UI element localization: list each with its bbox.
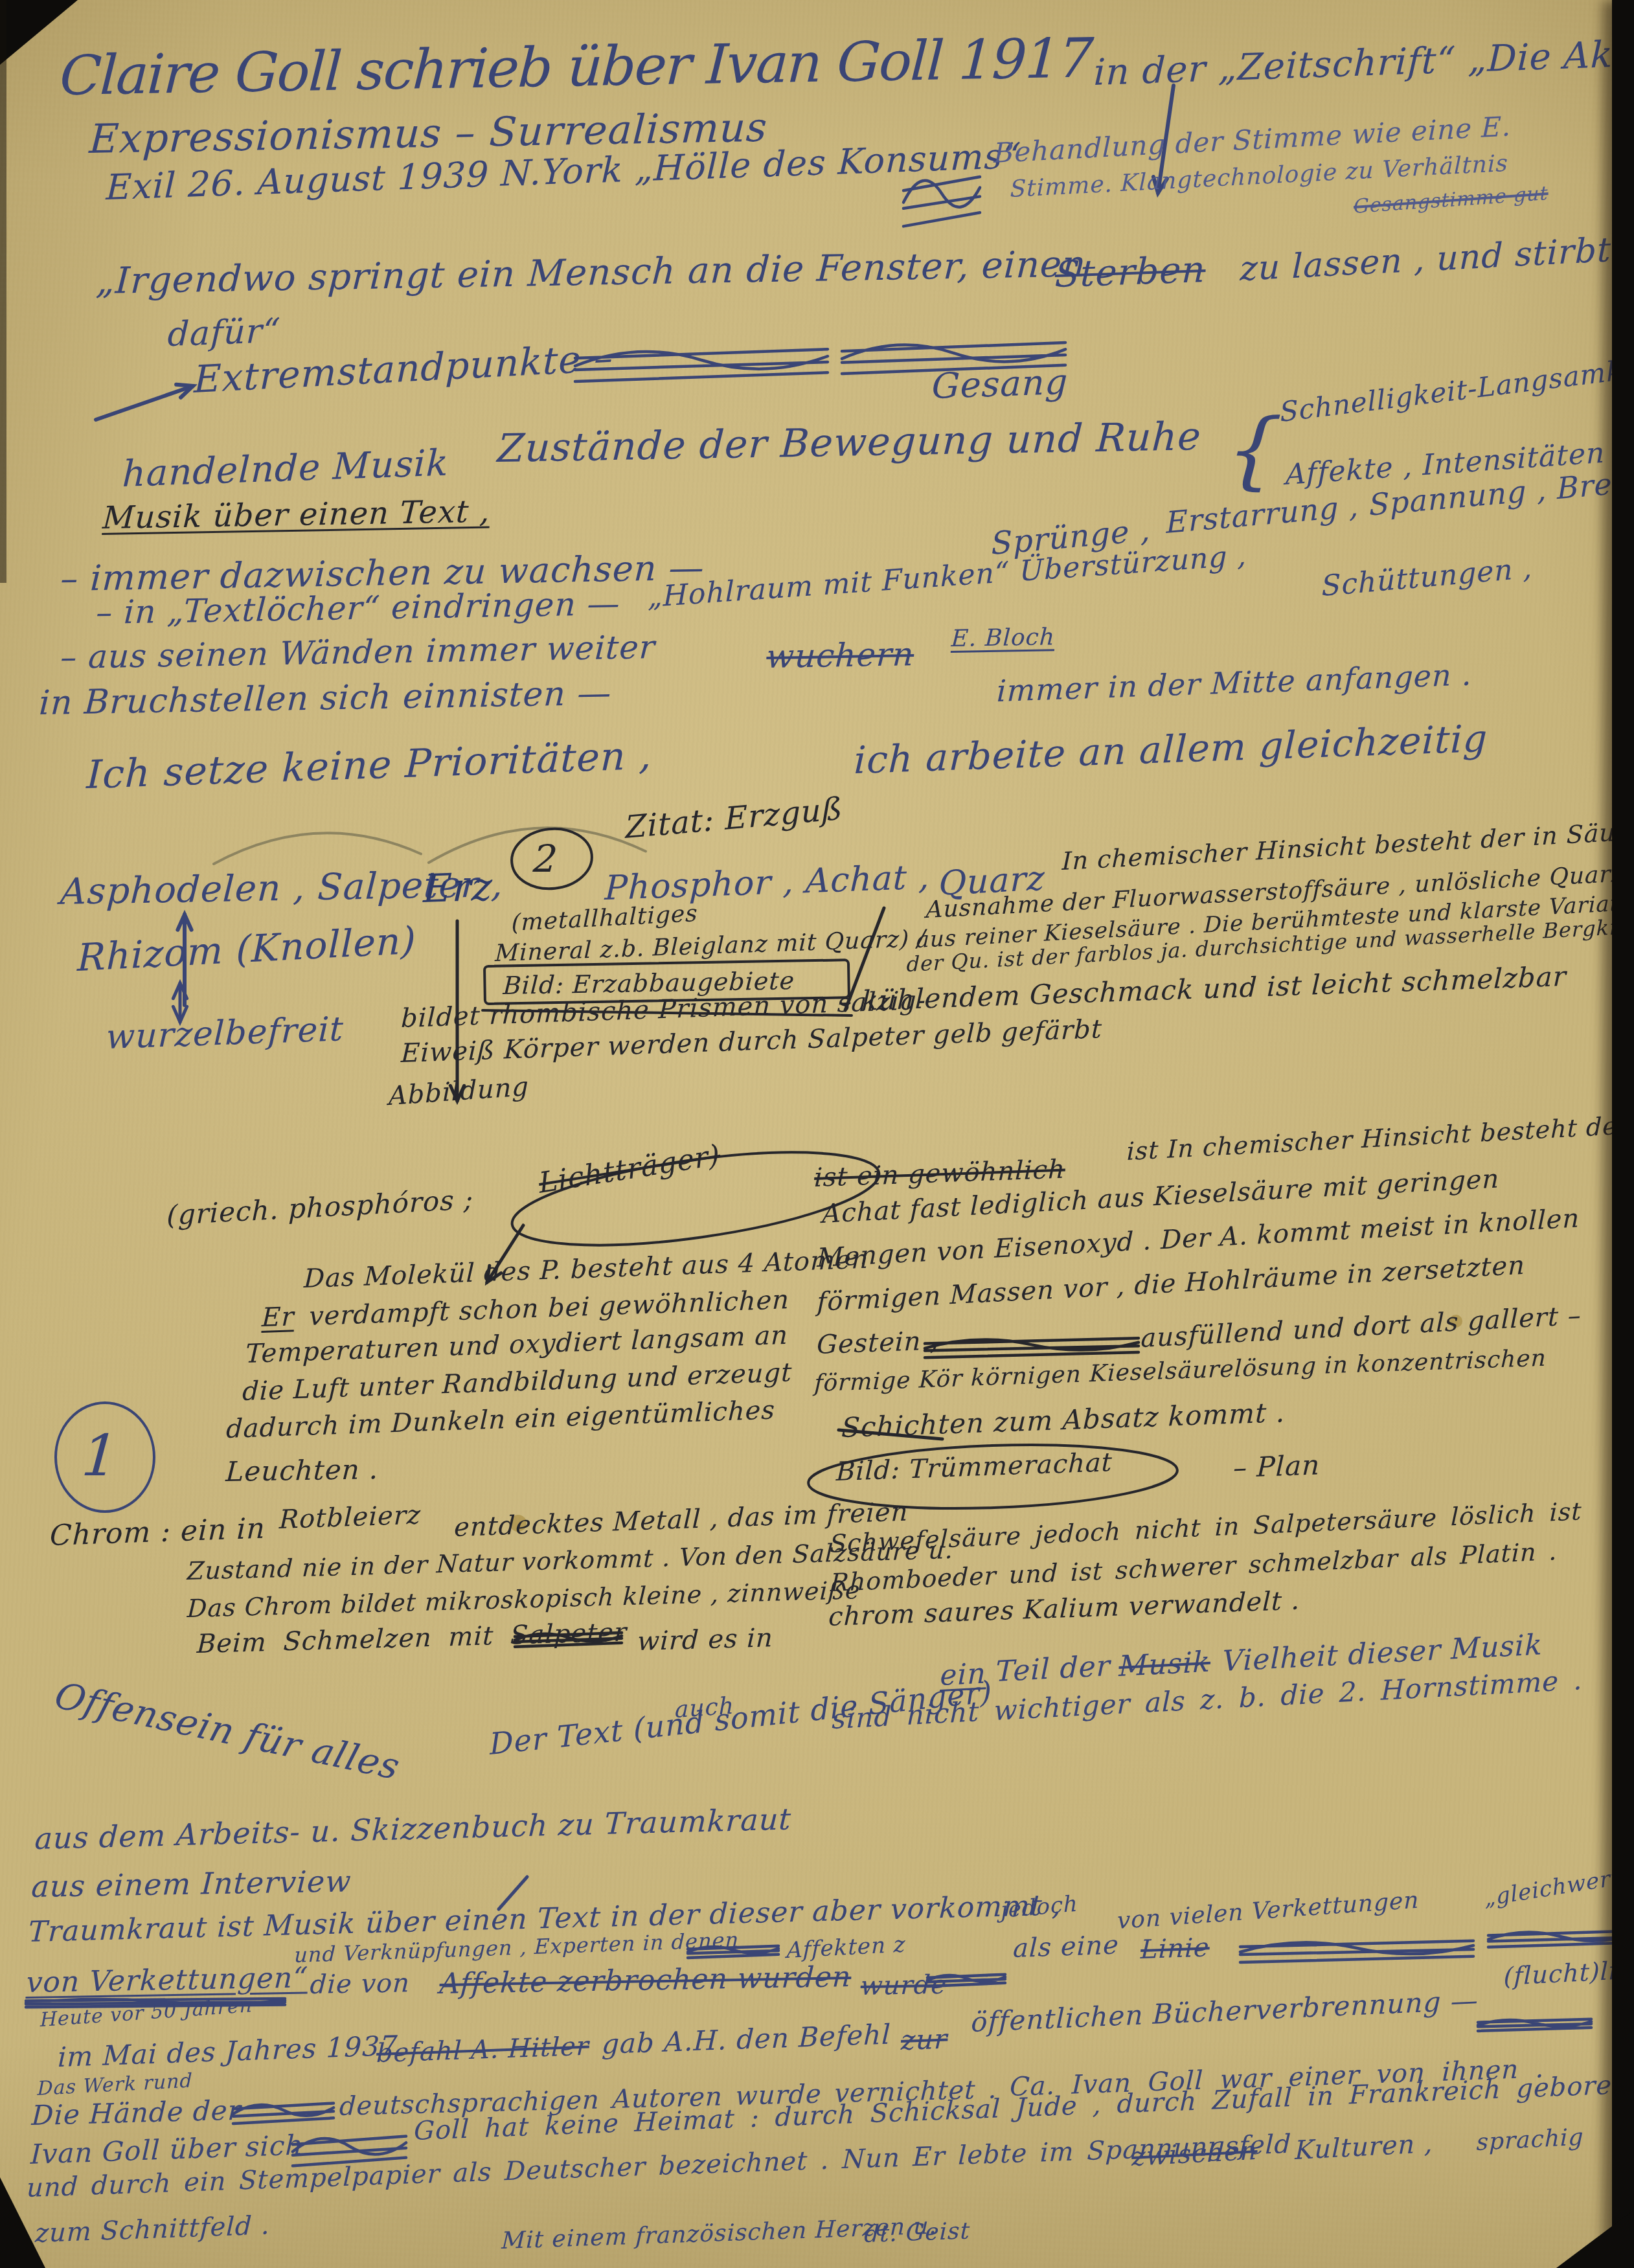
handwritten-line-35: 2 xyxy=(532,837,560,881)
handwritten-line-103: wurde xyxy=(860,1970,948,2001)
handwritten-line-66: Gestein , xyxy=(816,1326,939,1360)
handwritten-line-10: dafür“ xyxy=(167,312,281,354)
handwritten-line-59: Leuchten . xyxy=(225,1453,379,1488)
manuscript-page: Claire Goll schrieb über Ivan Goll 1917i… xyxy=(0,0,1634,2268)
pencil-arc-5 xyxy=(214,833,421,864)
arrow-icon-2 xyxy=(96,386,193,420)
handwritten-line-112: Die Hände der xyxy=(31,2094,242,2132)
handwritten-line-96: als eine xyxy=(1012,1930,1119,1964)
handwritten-line-73: Rotbleierz xyxy=(278,1500,421,1535)
handwritten-line-100: von Verkettungen“ xyxy=(25,1961,309,1999)
handwritten-line-91: aus einem Interview xyxy=(30,1863,352,1904)
handwritten-line-71: – Plan xyxy=(1232,1449,1321,1484)
crossed-out-scribble-17 xyxy=(925,1338,1139,1357)
handwritten-line-26: wuchern xyxy=(766,635,915,675)
handwritten-line-15: { xyxy=(1223,400,1284,499)
handwritten-line-18: Musik über einen Text , xyxy=(102,493,491,537)
handwritten-line-54: Er xyxy=(261,1302,295,1333)
handwritten-line-101: die von xyxy=(310,1968,411,2000)
handwritten-line-120: sprachig xyxy=(1476,2124,1584,2156)
handwritten-line-123: dt. Geist xyxy=(864,2217,971,2248)
handwritten-line-12: Gesang xyxy=(931,361,1069,407)
handwritten-line-27: E. Bloch xyxy=(951,624,1056,652)
handwritten-line-34: Erz xyxy=(423,864,494,912)
handwritten-line-97: Linie xyxy=(1140,1933,1210,1965)
handwritten-line-44: wurzelbefreit xyxy=(106,1010,345,1057)
crossed-out-scribble-24 xyxy=(1488,1931,1632,1947)
photo-edge-right xyxy=(1612,0,1634,2268)
crossed-out-scribble-30 xyxy=(1478,2019,1591,2031)
photo-edge-left xyxy=(0,0,6,583)
handwritten-line-60: 1 xyxy=(80,1422,121,1489)
handwritten-line-85: ein xyxy=(940,1657,986,1692)
handwritten-line-80: wird es in xyxy=(637,1623,774,1657)
handwritten-line-86: Teil der xyxy=(995,1650,1111,1688)
handwritten-line-87: Musik xyxy=(1118,1646,1210,1684)
crossed-out-scribble-25 xyxy=(1240,1941,1473,1962)
handwritten-line-109: zur xyxy=(900,2023,948,2056)
crossed-out-scribble-28 xyxy=(233,2104,334,2124)
crossed-out-scribble-1 xyxy=(903,177,980,226)
